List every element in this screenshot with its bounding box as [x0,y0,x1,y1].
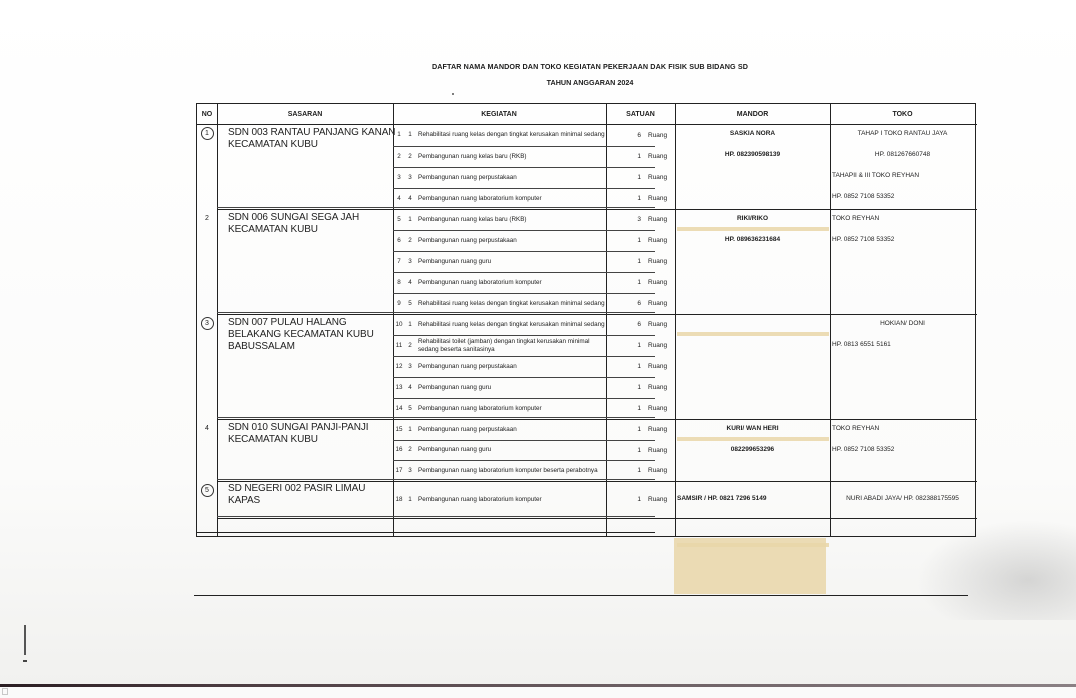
row-number: 2 [197,215,217,222]
table-row: 123Pembangunan ruang perpustakaan [393,356,605,377]
kegiatan-sub-number: 5 [405,300,415,308]
scanned-page: DAFTAR NAMA MANDOR DAN TOKO KEGIATAN PEK… [0,0,1076,684]
satuan-unit: Ruang [648,447,667,454]
sasaran-school: SDN 010 SUNGAI PANJI-PANJI KECAMATAN KUB… [228,422,398,446]
signature-line [194,595,968,596]
ink-dot [452,93,454,95]
satuan-cell: 1Ruang [606,230,675,251]
kegiatan-sub-number: 4 [405,279,415,287]
kegiatan-description: Pembangunan ruang perpustakaan [415,237,605,245]
satuan-qty: 1 [606,363,648,370]
mandor-phone: HP. 089636231684 [675,236,830,243]
table-row: 151Pembangunan ruang perpustakaan [393,419,605,440]
table-row: 51Pembangunan ruang kelas baru (RKB) [393,209,605,230]
satuan-qty: 1 [606,174,648,181]
circled-number: 5 [201,484,214,497]
kegiatan-description: Rehabilitasi ruang kelas dengan tingkat … [415,300,605,308]
group-divider-inner [217,312,655,313]
kegiatan-seq: 12 [393,363,405,371]
scanner-icon [2,688,8,695]
satuan-cell: 1Ruang [606,335,675,356]
table-row: 145Pembangunan ruang laboratorium komput… [393,398,605,419]
kegiatan-sub-number: 2 [405,446,415,454]
toko-name: NURI ABADI JAYA/ HP. 082388175595 [830,495,975,502]
kegiatan-sub-number: 4 [405,195,415,203]
satuan-cell: 6Ruang [606,293,675,314]
sasaran-school: SD NEGERI 002 PASIR LIMAU KAPAS [228,483,398,507]
kegiatan-sub-number: 5 [405,405,415,413]
kegiatan-description: Pembangunan ruang guru [415,384,605,392]
kegiatan-seq: 14 [393,405,405,413]
satuan-qty: 1 [606,384,648,391]
table-row: 95Rehabilitasi ruang kelas dengan tingka… [393,293,605,314]
table-row: 134Pembangunan ruang guru [393,377,605,398]
toko-phone: HP. 081267660748 [830,151,975,158]
kegiatan-seq: 1 [393,131,405,139]
satuan-qty: 1 [606,405,648,412]
kegiatan-description: Pembangunan ruang kelas baru (RKB) [415,153,605,161]
kegiatan-description: Pembangunan ruang perpustakaan [415,426,605,434]
kegiatan-description: Pembangunan ruang perpustakaan [415,363,605,371]
toko-name: TAHAPII & III TOKO REYHAN [830,172,975,179]
satuan-qty: 6 [606,300,648,307]
table-row: 101Rehabilitasi ruang kelas dengan tingk… [393,314,605,335]
table-row: 181Pembangunan ruang laboratorium komput… [393,481,605,518]
kegiatan-sub-number: 2 [405,237,415,245]
satuan-unit: Ruang [648,153,667,160]
satuan-unit: Ruang [648,174,667,181]
satuan-qty: 1 [606,258,648,265]
scanner-watermark [2,688,8,695]
kegiatan-seq: 4 [393,195,405,203]
toko-name: TAHAP I TOKO RANTAU JAYA [830,130,975,137]
satuan-unit: Ruang [648,496,667,503]
satuan-qty: 1 [606,153,648,160]
row-number: 1 [197,127,217,140]
table-row: 44Pembangunan ruang laboratorium kompute… [393,188,605,209]
tape-edge [677,332,829,336]
satuan-qty: 1 [606,426,648,433]
header-no: NO [197,104,217,124]
kegiatan-seq: 15 [393,426,405,434]
kegiatan-seq: 11 [393,342,405,350]
pen-mark-tail [23,660,27,662]
toko-name: HOKIAN/ DONI [830,320,975,327]
satuan-unit: Ruang [648,321,667,328]
kegiatan-description: Rehabilitasi ruang kelas dengan tingkat … [415,131,605,139]
kegiatan-description: Pembangunan ruang laboratorium komputer [415,496,605,504]
column-divider [675,104,676,536]
satuan-cell: 1Ruang [606,272,675,293]
table-row: 62Pembangunan ruang perpustakaan [393,230,605,251]
kegiatan-sub-number: 1 [405,426,415,434]
toko-phone: HP. 0852 7108 53352 [830,236,975,243]
mandor-phone: HP. 082390598139 [675,151,830,158]
row-number: 3 [197,317,217,330]
kegiatan-seq: 9 [393,300,405,308]
satuan-unit: Ruang [648,363,667,370]
satuan-qty: 1 [606,496,648,503]
satuan-qty: 1 [606,467,648,474]
kegiatan-description: Rehabilitasi ruang kelas dengan tingkat … [415,321,605,329]
mandor-name: RIKI/RIKO [675,215,830,222]
kegiatan-sub-number: 1 [405,131,415,139]
tape-edge [677,437,829,441]
satuan-unit: Ruang [648,216,667,223]
kegiatan-sub-number: 3 [405,174,415,182]
kegiatan-sub-number: 3 [405,467,415,475]
satuan-qty: 6 [606,321,648,328]
satuan-unit: Ruang [648,426,667,433]
kegiatan-seq: 7 [393,258,405,266]
satuan-unit: Ruang [648,405,667,412]
column-divider [217,104,218,536]
kegiatan-sub-number: 1 [405,321,415,329]
kegiatan-sub-number: 2 [405,342,415,350]
kegiatan-description: Pembangunan ruang laboratorium komputer [415,195,605,203]
toko-phone: HP. 0852 7108 53352 [830,193,975,200]
satuan-cell: 3Ruang [606,209,675,230]
footer-strip [0,687,1076,698]
satuan-unit: Ruang [648,467,667,474]
satuan-cell: 6Ruang [606,314,675,335]
document-title: DAFTAR NAMA MANDOR DAN TOKO KEGIATAN PEK… [380,62,800,71]
toko-phone: HP. 0852 7108 53352 [830,446,975,453]
sasaran-school: SDN 007 PULAU HALANG BELAKANG KECAMATAN … [228,317,398,353]
satuan-cell: 1Ruang [606,440,675,460]
kegiatan-sub-number: 2 [405,153,415,161]
satuan-unit: Ruang [648,279,667,286]
pen-mark [24,625,26,655]
satuan-cell: 1Ruang [606,419,675,440]
satuan-qty: 6 [606,132,648,139]
sasaran-school: SDN 003 RANTAU PANJANG KANAN KECAMATAN K… [228,127,398,151]
mandor-name: SAMSIR / HP. 0821 7296 5149 [675,495,830,502]
table-bottom-line [197,532,655,533]
satuan-qty: 1 [606,447,648,454]
kegiatan-description: Pembangunan ruang perpustakaan [415,174,605,182]
row-number: 4 [197,425,217,432]
kegiatan-description: Pembangunan ruang laboratorium komputer [415,279,605,287]
kegiatan-sub-number: 1 [405,216,415,224]
circled-number: 3 [201,317,214,330]
tape-edge [677,543,829,547]
kegiatan-description: Rehabilitasi toilet (jamban) dengan ting… [415,338,605,354]
table-row: 84Pembangunan ruang laboratorium kompute… [393,272,605,293]
kegiatan-sub-number: 3 [405,363,415,371]
table-row: 33Pembangunan ruang perpustakaan [393,167,605,188]
satuan-cell: 1Ruang [606,481,675,518]
header-toko: TOKO [830,104,975,124]
satuan-qty: 1 [606,342,648,349]
kegiatan-seq: 2 [393,153,405,161]
group-divider-inner [217,207,655,208]
kegiatan-description: Pembangunan ruang laboratorium komputer … [415,467,605,475]
toko-name: TOKO REYHAN [830,425,975,432]
satuan-cell: 1Ruang [606,460,675,481]
satuan-cell: 1Ruang [606,188,675,209]
table-row: 22Pembangunan ruang kelas baru (RKB) [393,146,605,167]
satuan-cell: 1Ruang [606,377,675,398]
tape-edge [677,227,829,231]
table-row: 73Pembangunan ruang guru [393,251,605,272]
satuan-cell: 1Ruang [606,146,675,167]
satuan-unit: Ruang [648,258,667,265]
kegiatan-seq: 18 [393,496,405,504]
mandor-toko-table: NO SASARAN KEGIATAN SATUAN MANDOR TOKO 1… [196,103,976,537]
mandor-phone: 082299653296 [675,446,830,453]
document-subtitle: TAHUN ANGGARAN 2024 [380,78,800,87]
satuan-qty: 1 [606,279,648,286]
satuan-qty: 1 [606,237,648,244]
satuan-qty: 1 [606,195,648,202]
kegiatan-seq: 10 [393,321,405,329]
header-kegiatan: KEGIATAN [393,104,605,124]
toko-name: TOKO REYHAN [830,215,975,222]
mandor-name: KURI/ WAN HERI [675,425,830,432]
header-mandor: MANDOR [675,104,830,124]
row-number: 5 [197,484,217,497]
kegiatan-seq: 16 [393,446,405,454]
table-row: 11Rehabilitasi ruang kelas dengan tingka… [393,124,605,146]
table-row: 162Pembangunan ruang guru [393,440,605,460]
mandor-name: SASKIA NORA [675,130,830,137]
kegiatan-description: Pembangunan ruang guru [415,258,605,266]
group-divider [217,518,977,519]
group-divider-inner [217,479,655,480]
group-divider-inner [217,516,655,517]
table-row: 112Rehabilitasi toilet (jamban) dengan t… [393,335,605,356]
satuan-unit: Ruang [648,132,667,139]
satuan-unit: Ruang [648,300,667,307]
satuan-unit: Ruang [648,195,667,202]
sasaran-school: SDN 006 SUNGAI SEGA JAH KECAMATAN KUBU [228,212,398,236]
satuan-cell: 6Ruang [606,124,675,146]
satuan-cell: 1Ruang [606,251,675,272]
satuan-cell: 1Ruang [606,356,675,377]
satuan-cell: 1Ruang [606,398,675,419]
kegiatan-description: Pembangunan ruang laboratorium komputer [415,405,605,413]
kegiatan-seq: 5 [393,216,405,224]
kegiatan-description: Pembangunan ruang kelas baru (RKB) [415,216,605,224]
kegiatan-seq: 3 [393,174,405,182]
kegiatan-sub-number: 3 [405,258,415,266]
kegiatan-seq: 13 [393,384,405,392]
kegiatan-seq: 8 [393,279,405,287]
satuan-unit: Ruang [648,384,667,391]
group-divider-inner [217,417,655,418]
header-satuan: SATUAN [606,104,675,124]
circled-number: 1 [201,127,214,140]
kegiatan-seq: 17 [393,467,405,475]
kegiatan-sub-number: 4 [405,384,415,392]
toko-phone: HP. 0813 6551 5161 [830,341,975,348]
kegiatan-sub-number: 1 [405,496,415,504]
table-row: 173Pembangunan ruang laboratorium komput… [393,460,605,481]
satuan-unit: Ruang [648,237,667,244]
satuan-qty: 3 [606,216,648,223]
satuan-cell: 1Ruang [606,167,675,188]
satuan-unit: Ruang [648,342,667,349]
header-sasaran: SASARAN [217,104,393,124]
kegiatan-seq: 6 [393,237,405,245]
kegiatan-description: Pembangunan ruang guru [415,446,605,454]
